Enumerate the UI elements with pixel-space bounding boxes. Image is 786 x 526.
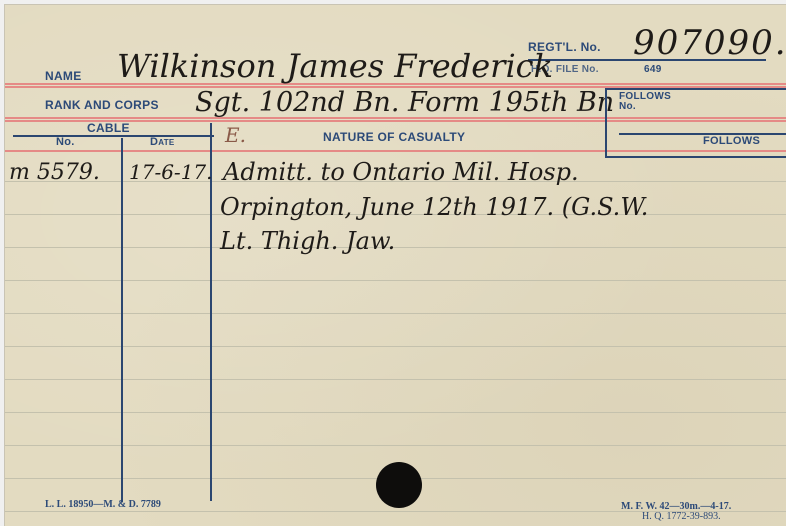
regtl-no-value: 907090. <box>633 23 786 63</box>
casualty-line-3: Lt. Thigh. Jaw. <box>220 227 395 255</box>
casualty-record-card: REGT'L. No. 907090. H.Q. FILE No. 649 NA… <box>4 4 786 526</box>
hq-file-no-value: 649 <box>644 64 662 75</box>
name-value: Wilkinson James Frederick <box>117 47 553 85</box>
cable-date-label: Date <box>150 136 175 148</box>
cable-no-label: No. <box>56 136 75 148</box>
nature-of-casualty-label: NATURE OF CASUALTY <box>323 130 465 144</box>
follows-no-label: FOLLOWS No. <box>619 92 649 112</box>
name-label: NAME <box>45 69 82 83</box>
punch-hole <box>376 462 422 508</box>
cable-label: CABLE <box>87 121 130 135</box>
column-divider-no-date <box>121 138 123 502</box>
follows-label: FOLLOWS <box>703 135 760 147</box>
cable-no-value: m 5579. <box>9 160 100 185</box>
column-mark: E. <box>225 123 246 147</box>
rank-and-corps-value: Sgt. 102nd Bn. Form 195th Bn <box>195 87 614 118</box>
rank-and-corps-label: RANK AND CORPS <box>45 98 159 112</box>
right-printer-imprint-line2: H. Q. 1772-39-893. <box>642 511 721 522</box>
casualty-line-1: Admitt. to Ontario Mil. Hosp. <box>223 158 579 186</box>
left-printer-imprint: L. L. 18950—M. & D. 7789 <box>45 499 161 510</box>
cable-date-value: 17-6-17. <box>129 160 213 184</box>
cable-underline <box>13 135 214 137</box>
casualty-line-2: Orpington, June 12th 1917. (G.S.W. <box>220 193 648 221</box>
